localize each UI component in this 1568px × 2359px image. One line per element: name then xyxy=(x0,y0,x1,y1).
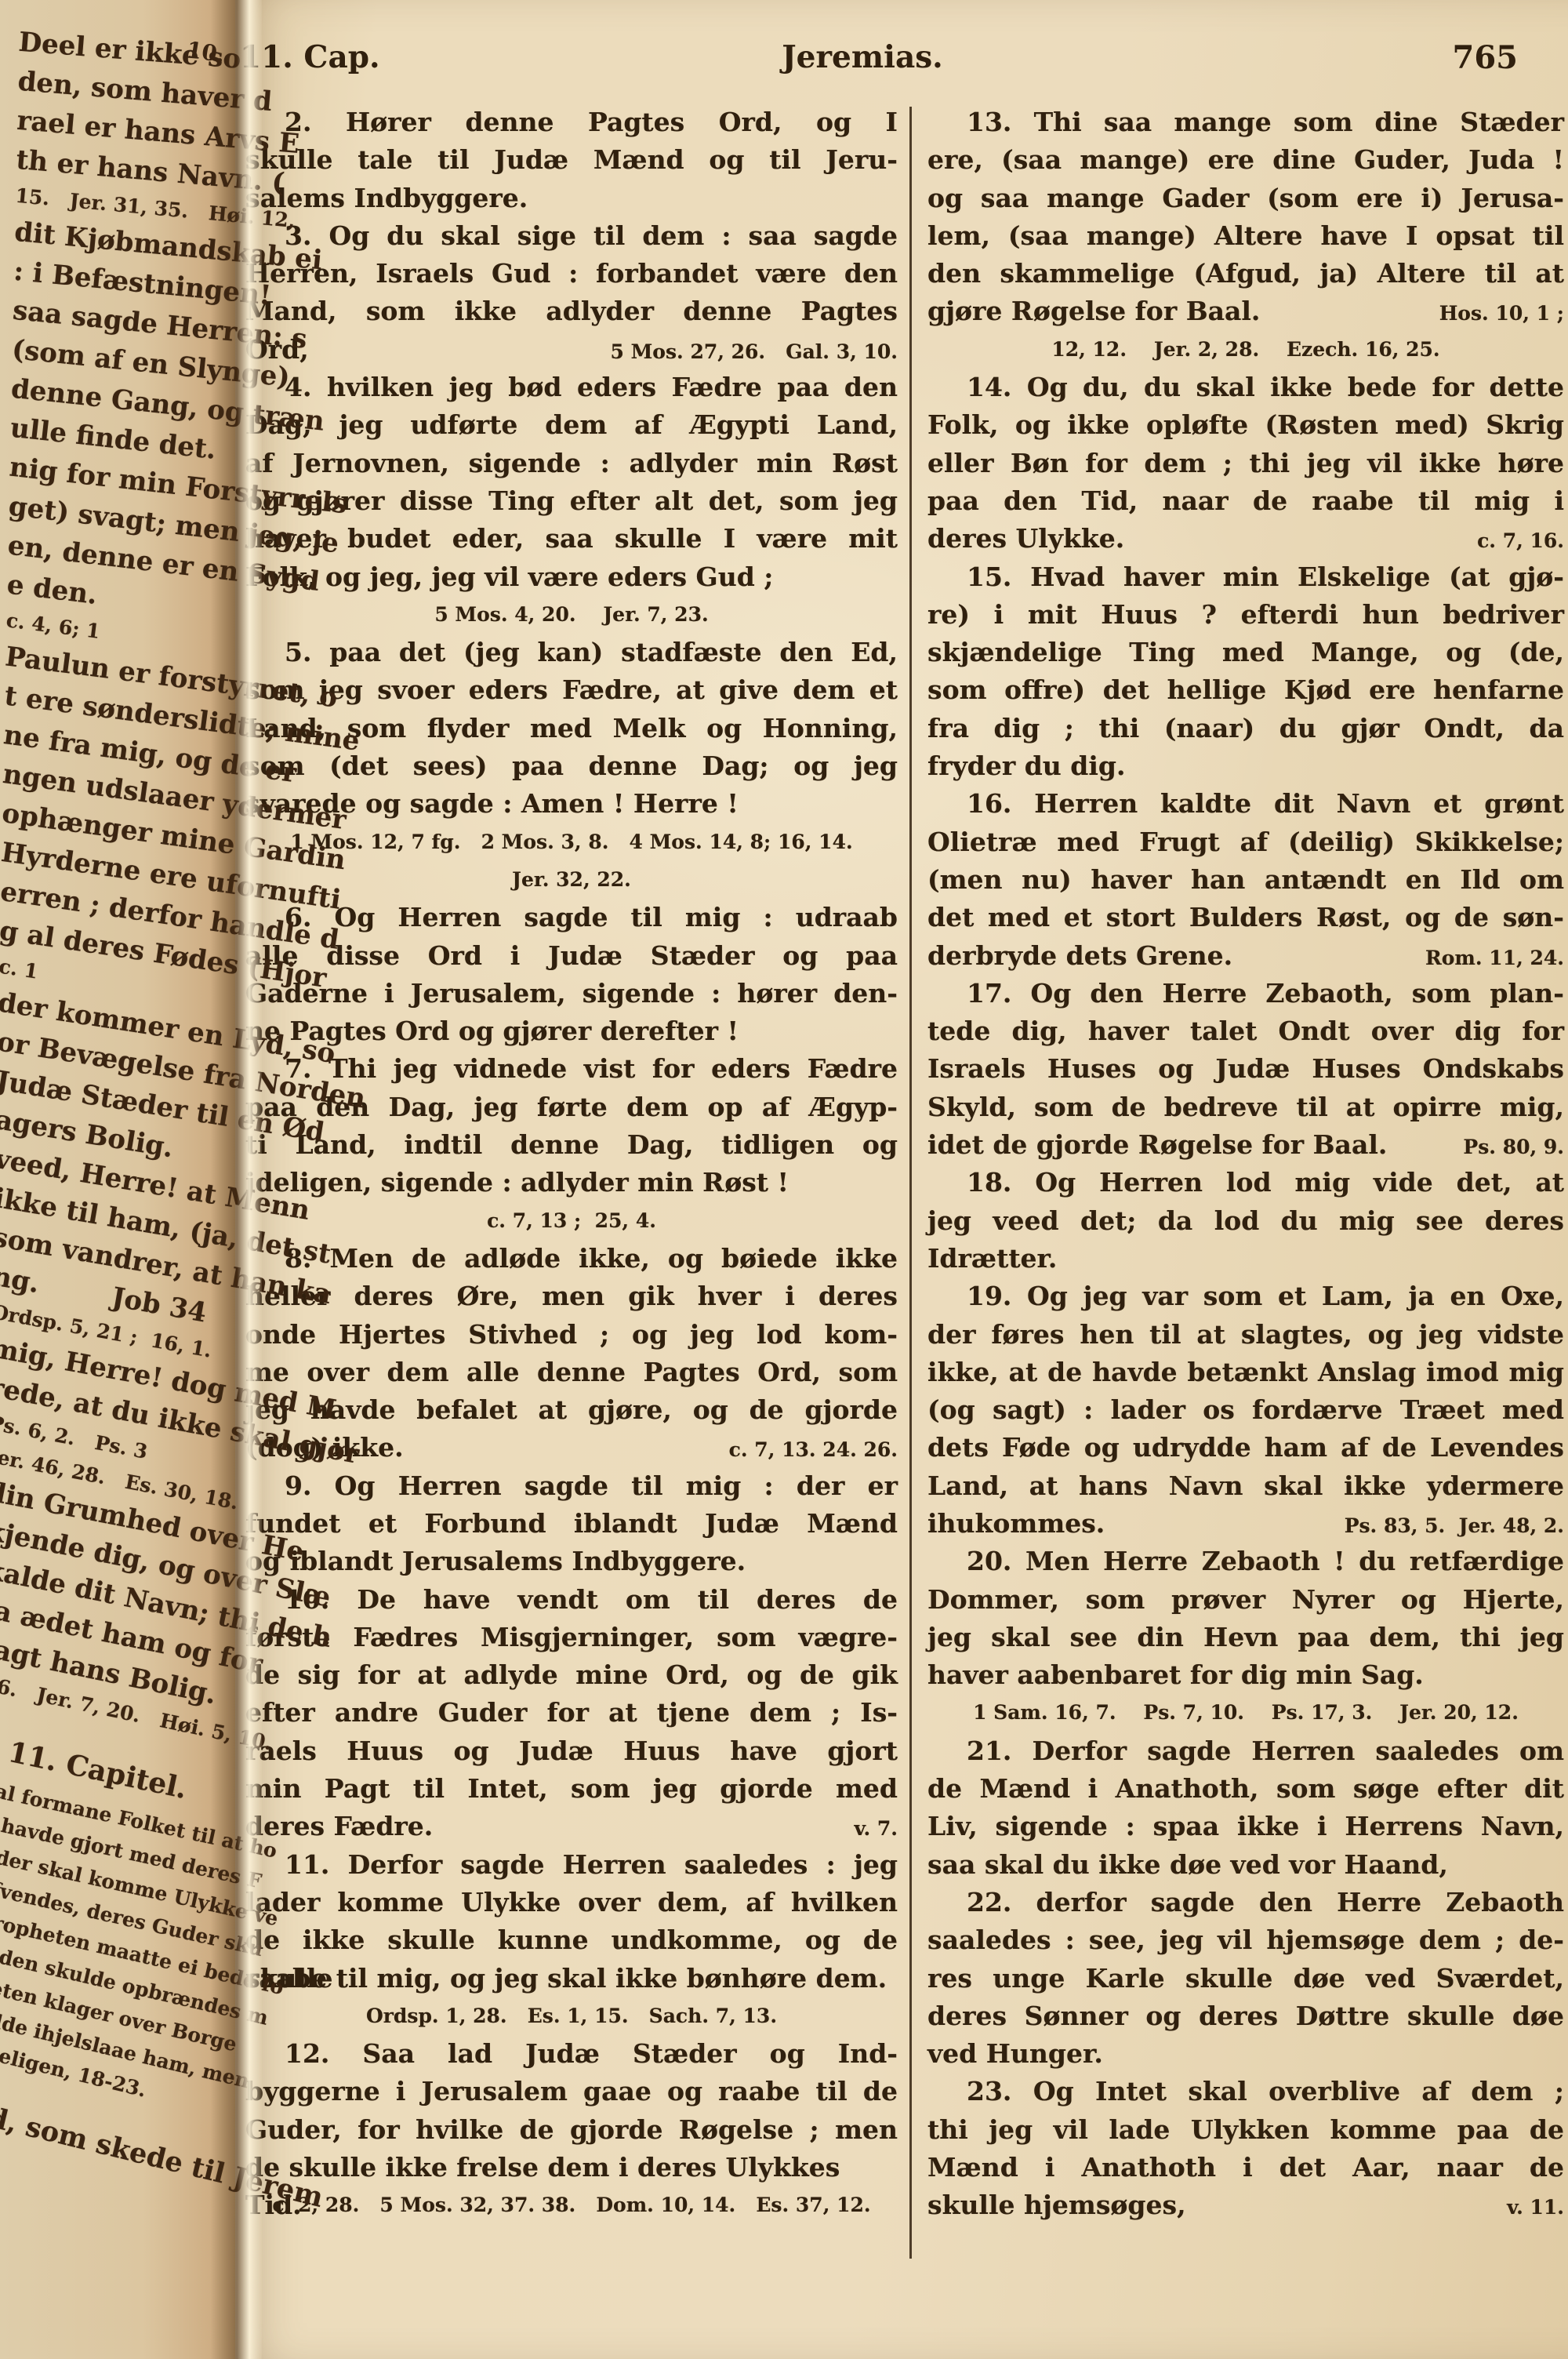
verse-line: heller deres Øre, men gik hver i deres xyxy=(245,1278,898,1315)
verse-line: thi jeg vil lade Ulykken komme paa de xyxy=(927,2111,1564,2149)
verse-line: alle disse Ord i Judæ Stæder og paa xyxy=(245,937,898,975)
verse-line: 17. Og den Herre Zebaoth, som plan- xyxy=(927,975,1564,1012)
reference-text: 5 Mos. 27, 26. Gal. 3, 10. xyxy=(611,333,898,371)
verse-line: lader komme Ulykke over dem, af hvilken xyxy=(245,1884,898,1921)
verse-line: 18. Og Herren lod mig vide det, at xyxy=(927,1164,1564,1201)
verse-line: jeg havde befalet at gjøre, og de gjorde xyxy=(245,1391,898,1429)
text-column-left: 2. Hører denne Pagtes Ord, og Iskulle ta… xyxy=(245,104,898,2225)
verse-line: 12. Saa lad Judæ Stæder og Ind- xyxy=(245,2035,898,2073)
verse-line: haver budet eder, saa skulle I være mit xyxy=(245,520,898,558)
verse-line: (men nu) haver han antændt en Ild om xyxy=(927,861,1564,899)
verse-line: ne Pagtes Ord og gjører derefter ! xyxy=(245,1012,898,1050)
verse-line-with-reference: derbryde dets Grene.Rom. 11, 24. xyxy=(927,937,1564,975)
verse-line: Mand, som ikke adlyder denne Pagtes xyxy=(245,293,898,330)
verse-line-with-reference: gjøre Røgelse for Baal.Hos. 10, 1 ; xyxy=(927,293,1564,330)
verse-line: de sig for at adlyde mine Ord, og de gik xyxy=(245,1656,898,1694)
verse-line: 9. Og Herren sagde til mig : der er xyxy=(245,1467,898,1505)
verse-line: 2. Hører denne Pagtes Ord, og I xyxy=(245,104,898,141)
verse-line-with-reference: idet de gjorde Røgelse for Baal.Ps. 80, … xyxy=(927,1126,1564,1164)
verse-line: efter andre Guder for at tjene dem ; Is- xyxy=(245,1694,898,1732)
verse-line: 19. Og jeg var som et Lam, ja en Oxe, xyxy=(927,1278,1564,1315)
reference-line: 1 Sam. 16, 7. Ps. 7, 10. Ps. 17, 3. Jer.… xyxy=(927,1694,1564,1732)
verse-line: som offre) det hellige Kjød ere henfarne xyxy=(927,671,1564,709)
verse-line: Herren, Israels Gud : forbandet være den xyxy=(245,255,898,293)
verse-line: første Fædres Misgjerninger, som vægre- xyxy=(245,1619,898,1656)
verse-line: tede dig, haver talet Ondt over dig for xyxy=(927,1012,1564,1050)
page-header: 11. Cap. Jeremias. 765 xyxy=(235,39,1568,88)
verse-line: Folk, og jeg, jeg vil være eders Gud ; xyxy=(245,558,898,596)
verse-line: Dommer, som prøver Nyrer og Hjerte, xyxy=(927,1581,1564,1619)
verse-line: skjændelige Ting med Mange, og (de, xyxy=(927,634,1564,671)
verse-line: onde Hjertes Stivhed ; og jeg lod kom- xyxy=(245,1316,898,1354)
verse-line: Olietræ med Frugt af (deilig) Skikkelse; xyxy=(927,823,1564,861)
verse-line: saa skal du ikke døe ved vor Haand, xyxy=(927,1846,1564,1884)
verse-line: 11. Derfor sagde Herren saaledes : jeg xyxy=(245,1846,898,1884)
verse-line: 20. Men Herre Zebaoth ! du retfærdige xyxy=(927,1543,1564,1580)
verse-line: saaledes : see, jeg vil hjemsøge dem ; d… xyxy=(927,1921,1564,1959)
verse-line: raabe til mig, og jeg skal ikke bønhøre … xyxy=(245,1960,898,1997)
verse-line: fra dig ; thi (naar) du gjør Ondt, da xyxy=(927,710,1564,747)
reference-line: c. 2, 28. 5 Mos. 32, 37. 38. Dom. 10, 14… xyxy=(245,2186,898,2224)
verse-line: af Jernovnen, sigende : adlyder min Røst xyxy=(245,445,898,482)
verse-line: 4. hvilken jeg bød eders Fædre paa den xyxy=(245,369,898,406)
verse-line: 5. paa det (jeg kan) stadfæste den Ed, xyxy=(245,634,898,671)
verse-line-with-reference: deres Ulykke.c. 7, 16. xyxy=(927,520,1564,558)
verse-line: 10. De have vendt om til deres de xyxy=(245,1581,898,1619)
verse-line: 15. Hvad haver min Elskelige (at gjø- xyxy=(927,558,1564,596)
verse-line: res unge Karle skulle døe ved Sværdet, xyxy=(927,1960,1564,1997)
book-title-header: Jeremias. xyxy=(235,39,1490,75)
reference-text: Rom. 11, 24. xyxy=(1425,940,1564,977)
reference-text: v. 7. xyxy=(854,1810,898,1848)
verse-text: gjøre Røgelse for Baal. xyxy=(927,293,1260,330)
verse-line: Mænd i Anathoth i det Aar, naar de xyxy=(927,2149,1564,2186)
verse-line: haver aabenbaret for dig min Sag. xyxy=(927,1656,1564,1694)
verse-line: paa den Tid, naar de raabe til mig i xyxy=(927,482,1564,520)
verse-line: og saa mange Gader (som ere i) Jerusa- xyxy=(927,180,1564,217)
reference-text: c. 7, 16. xyxy=(1477,522,1564,560)
verse-line: der føres hen til at slagtes, og jeg vid… xyxy=(927,1316,1564,1354)
verse-line: 13. Thi saa mange som dine Stæder xyxy=(927,104,1564,141)
verse-line: fundet et Forbund iblandt Judæ Mænd xyxy=(245,1505,898,1543)
verse-line-with-reference: ihukommes.Ps. 83, 5. Jer. 48, 2. xyxy=(927,1505,1564,1543)
verse-line: som jeg svoer eders Fædre, at give dem e… xyxy=(245,671,898,709)
verse-line: Israels Huses og Judæ Huses Ondskabs xyxy=(927,1050,1564,1088)
verse-line: min Pagt til Intet, som jeg gjorde med xyxy=(245,1770,898,1808)
column-divider-rule xyxy=(909,107,912,2259)
page: 11. Cap. Jeremias. 765 2. Hører denne Pa… xyxy=(235,0,1568,2359)
verse-line: salems Indbyggere. xyxy=(245,180,898,217)
reference-line: 5 Mos. 4, 20. Jer. 7, 23. xyxy=(245,596,898,634)
verse-line: re) i mit Huus ? efterdi hun bedriver xyxy=(927,596,1564,634)
verse-line: og iblandt Jerusalems Indbyggere. xyxy=(245,1543,898,1580)
verse-line: det med et stort Bulders Røst, og de søn… xyxy=(927,899,1564,936)
verse-line: ideligen, sigende : adlyder min Røst ! xyxy=(245,1164,898,1201)
page-number: 765 xyxy=(1453,39,1519,76)
verse-line: me over dem alle denne Pagtes Ord, som xyxy=(245,1354,898,1391)
verse-line: raels Huus og Judæ Huus have gjort xyxy=(245,1732,898,1770)
verse-line: jeg skal see din Hevn paa dem, thi jeg xyxy=(927,1619,1564,1656)
verse-line: Folk, og ikke opløfte (Røsten med) Skrig xyxy=(927,406,1564,444)
verse-line: 8. Men de adløde ikke, og bøiede ikke xyxy=(245,1240,898,1278)
verse-line: Land, at hans Navn skal ikke ydermere xyxy=(927,1467,1564,1505)
left-page-edge: 10. Deel er ikke soden, som haver drael … xyxy=(0,20,239,2359)
reference-line: c. 7, 13 ; 25, 4. xyxy=(245,1202,898,1240)
reference-text: v. 11. xyxy=(1507,2189,1564,2226)
verse-line: ere, (saa mange) ere dine Guder, Juda ! xyxy=(927,141,1564,179)
verse-line: 21. Derfor sagde Herren saaledes om xyxy=(927,1732,1564,1770)
book-page-photo: 10. Deel er ikke soden, som haver drael … xyxy=(0,0,1568,2359)
verse-line: ikke, at de havde betænkt Anslag imod mi… xyxy=(927,1354,1564,1391)
verse-line: de ikke skulle kunne undkomme, og de sku… xyxy=(245,1921,898,1959)
verse-line: 23. Og Intet skal overblive af dem ; xyxy=(927,2073,1564,2110)
verse-line: dets Føde og udrydde ham af de Levendes xyxy=(927,1429,1564,1467)
verse-line: 6. Og Herren sagde til mig : udraab xyxy=(245,899,898,936)
verse-line: de skulle ikke frelse dem i deres Ulykke… xyxy=(245,2149,898,2186)
verse-line: skulle tale til Judæ Mænd og til Jeru- xyxy=(245,141,898,179)
verse-line: Guder, for hvilke de gjorde Røgelse ; me… xyxy=(245,2111,898,2149)
verse-line: ved Hunger. xyxy=(927,2035,1564,2073)
verse-line: lem, (saa mange) Altere have I opsat til xyxy=(927,217,1564,255)
verse-line: jeg veed det; da lod du mig see deres xyxy=(927,1202,1564,1240)
verse-line: 3. Og du skal sige til dem : saa sagde xyxy=(245,217,898,255)
verse-line: Liv, sigende : spaa ikke i Herrens Navn, xyxy=(927,1808,1564,1845)
verse-line: 16. Herren kaldte dit Navn et grønt xyxy=(927,785,1564,823)
reference-text: Ps. 83, 5. Jer. 48, 2. xyxy=(1345,1507,1564,1545)
verse-line: deres Sønner og deres Døttre skulle døe xyxy=(927,1997,1564,2035)
verse-line: Idrætter. xyxy=(927,1240,1564,1278)
text-column-right: 13. Thi saa mange som dine Stæderere, (s… xyxy=(927,104,1564,2225)
verse-line: de Mænd i Anathoth, som søge efter dit xyxy=(927,1770,1564,1808)
verse-line: 14. Og du, du skal ikke bede for dette xyxy=(927,369,1564,406)
verse-line: (og sagt) : lader os fordærve Træet med xyxy=(927,1391,1564,1429)
verse-line: Gaderne i Jerusalem, sigende : hører den… xyxy=(245,975,898,1012)
reference-text: c. 7, 13. 24. 26. xyxy=(729,1431,898,1469)
verse-text: derbryde dets Grene. xyxy=(927,937,1232,975)
verse-text: ihukommes. xyxy=(927,1505,1105,1543)
verse-text: skulle hjemsøges, xyxy=(927,2186,1186,2224)
verse-line-with-reference: deres Fædre.v. 7. xyxy=(245,1808,898,1845)
verse-text: idet de gjorde Røgelse for Baal. xyxy=(927,1126,1387,1164)
reference-text: Ps. 80, 9. xyxy=(1463,1129,1564,1166)
verse-line: den skammelige (Afgud, ja) Altere til at xyxy=(927,255,1564,293)
verse-line: Skyld, som de bedreve til at opirre mig, xyxy=(927,1089,1564,1126)
verse-line: byggerne i Jerusalem gaae og raabe til d… xyxy=(245,2073,898,2110)
reference-line: Ordsp. 1, 28. Es. 1, 15. Sach. 7, 13. xyxy=(245,1997,898,2035)
verse-line-with-reference: Ord,5 Mos. 27, 26. Gal. 3, 10. xyxy=(245,331,898,369)
verse-line: fryder du dig. xyxy=(927,747,1564,785)
verse-line: eller Bøn for dem ; thi jeg vil ikke hør… xyxy=(927,445,1564,482)
verse-line: Dag, jeg udførte dem af Ægypti Land, xyxy=(245,406,898,444)
reference-text: Hos. 10, 1 ; xyxy=(1439,295,1564,333)
verse-text: deres Ulykke. xyxy=(927,520,1124,558)
verse-line: 22. derfor sagde den Herre Zebaoth xyxy=(927,1884,1564,1921)
reference-line: 12, 12. Jer. 2, 28. Ezech. 16, 25. xyxy=(927,331,1564,369)
verse-line-with-reference: skulle hjemsøges,v. 11. xyxy=(927,2186,1564,2224)
verse-line: ti Land, indtil denne Dag, tidligen og xyxy=(245,1126,898,1164)
